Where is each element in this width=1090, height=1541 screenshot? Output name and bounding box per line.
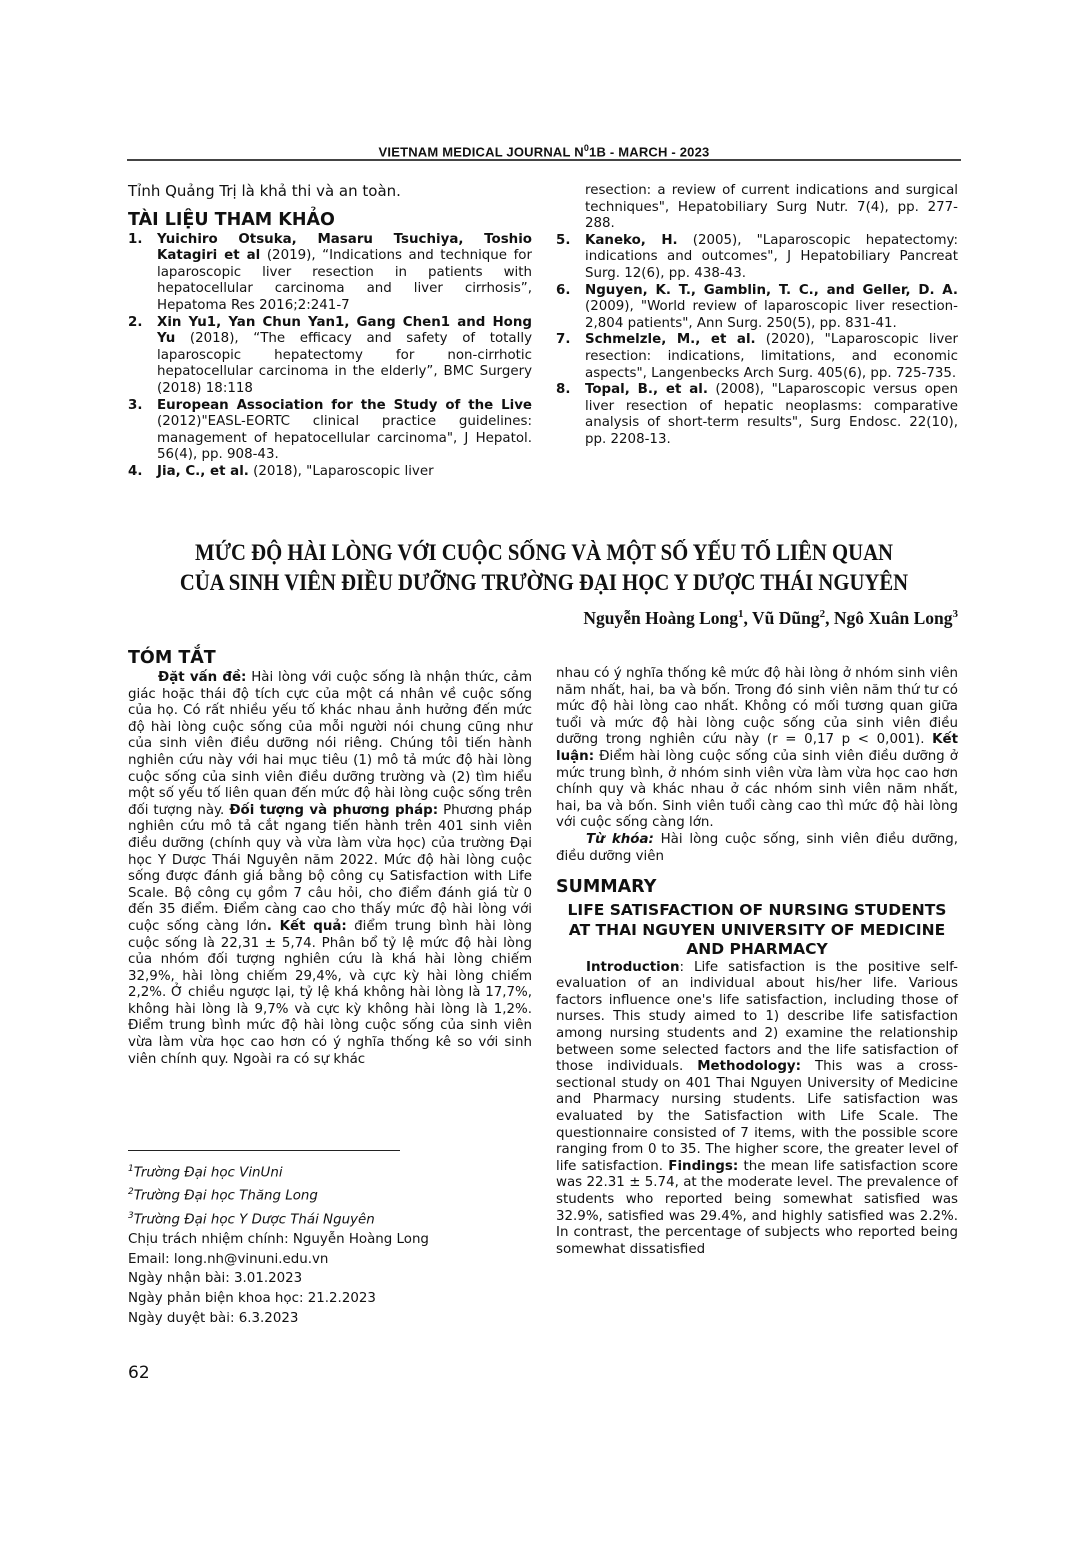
accepted-date: Ngày duyệt bài: 6.3.2023	[128, 1309, 532, 1329]
abstract-heading: TÓM TẮT	[128, 648, 532, 668]
reference-continuation: resection: a review of current indicatio…	[556, 183, 958, 233]
footnote-rule	[128, 1150, 400, 1151]
issue-date: 1B - MARCH - 2023	[589, 144, 709, 159]
header-rule	[127, 159, 961, 161]
journal-name: VIETNAM MEDICAL JOURNAL N	[379, 144, 584, 159]
title-line: MỨC ĐỘ HÀI LÒNG VỚI CUỘC SỐNG VÀ MỘT SỐ …	[169, 538, 920, 568]
reference-item: 7.Schmelzle, M., et al. (2020), "Laparos…	[556, 332, 958, 382]
running-header: VIETNAM MEDICAL JOURNAL N01B - MARCH - 2…	[127, 143, 961, 159]
footnotes: 1Trường Đại học VinUni 2Trường Đại học T…	[128, 1160, 532, 1329]
reference-item: 2.Xin Yu1, Yan Chun Yan1, Gang Chen1 and…	[128, 315, 532, 398]
author-name: Nguyễn Hoàng Long	[583, 608, 738, 628]
abstract-paragraph-cont: nhau có ý nghĩa thống kê mức độ hài lòng…	[556, 666, 958, 832]
keywords: Từ khóa: Hài lòng cuộc sống, sinh viên đ…	[556, 832, 958, 865]
references-heading: TÀI LIỆU THAM KHẢO	[128, 210, 532, 230]
received-date: Ngày nhận bài: 3.01.2023	[128, 1269, 532, 1289]
reference-item: 3.European Association for the Study of …	[128, 398, 532, 464]
summary-heading: SUMMARY	[556, 877, 958, 897]
summary-paragraph: Introduction: Life satisfaction is the p…	[556, 960, 958, 1259]
journal-page: VIETNAM MEDICAL JOURNAL N01B - MARCH - 2…	[0, 0, 1090, 1541]
page-number: 62	[128, 1363, 150, 1383]
affiliation: 1Trường Đại học VinUni	[128, 1160, 532, 1183]
article-title: MỨC ĐỘ HÀI LÒNG VỚI CUỘC SỐNG VÀ MỘT SỐ …	[169, 538, 920, 598]
author-list: Nguyễn Hoàng Long1, Vũ Dũng2, Ngô Xuân L…	[583, 608, 958, 629]
abstract-vi: TÓM TẮT Đặt vấn đề: Hài lòng với cuộc số…	[128, 648, 532, 1068]
email: Email: long.nh@vinuni.edu.vn	[128, 1250, 532, 1270]
author-name: Vũ Dũng	[752, 608, 820, 628]
summary-title: LIFE SATISFACTION OF NURSING STUDENTS AT…	[556, 901, 958, 960]
corresponding-author: Chịu trách nhiệm chính: Nguyễn Hoàng Lon…	[128, 1230, 532, 1250]
previous-article-closing: Tỉnh Quảng Trị là khả thi và an toàn.	[128, 183, 532, 200]
reference-item: 4.Jia, C., et al. (2018), "Laparoscopic …	[128, 464, 532, 481]
references-right-column: resection: a review of current indicatio…	[556, 183, 958, 449]
reference-item: 5.Kaneko, H. (2005), "Laparoscopic hepat…	[556, 233, 958, 283]
abstract-continuation-and-summary: nhau có ý nghĩa thống kê mức độ hài lòng…	[556, 666, 958, 1258]
reference-item: 1.Yuichiro Otsuka, Masaru Tsuchiya, Tosh…	[128, 232, 532, 315]
author-name: Ngô Xuân Long	[834, 608, 953, 628]
references-left-column: Tỉnh Quảng Trị là khả thi và an toàn. TÀ…	[128, 183, 532, 481]
affiliation: 3Trường Đại học Y Dược Thái Nguyên	[128, 1207, 532, 1230]
reference-item: 8.Topal, B., et al. (2008), "Laparoscopi…	[556, 382, 958, 448]
reference-item: 6.Nguyen, K. T., Gamblin, T. C., and Gel…	[556, 283, 958, 333]
title-line: CỦA SINH VIÊN ĐIỀU DƯỠNG TRƯỜNG ĐẠI HỌC …	[169, 568, 920, 598]
reviewed-date: Ngày phản biện khoa học: 21.2.2023	[128, 1289, 532, 1309]
affiliation: 2Trường Đại học Thăng Long	[128, 1183, 532, 1206]
abstract-paragraph: Đặt vấn đề: Hài lòng với cuộc sống là nh…	[128, 670, 532, 1068]
